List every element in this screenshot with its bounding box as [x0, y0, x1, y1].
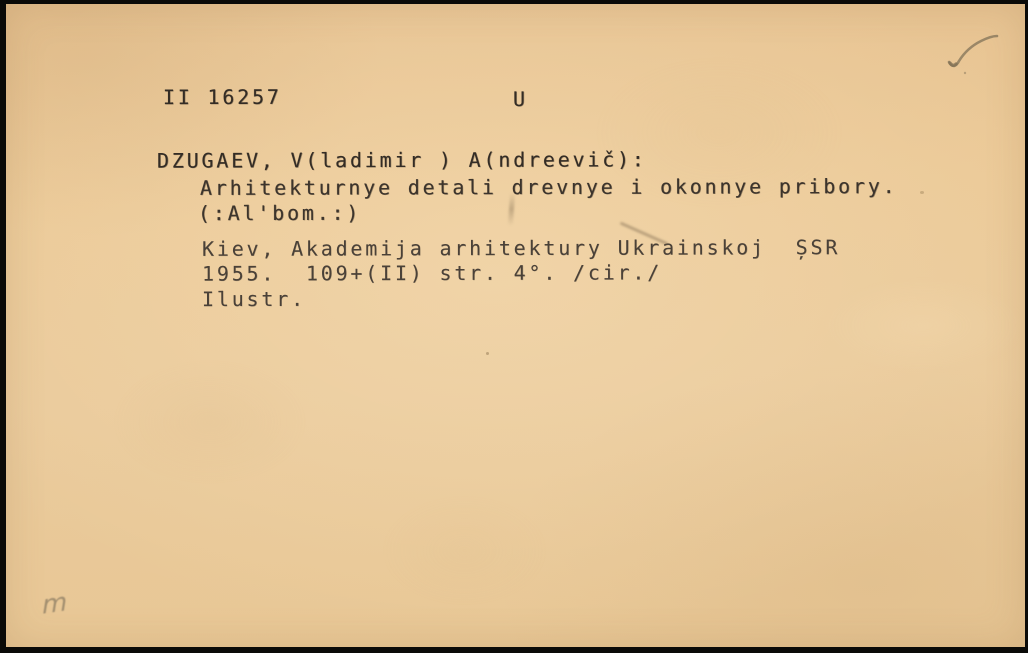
imprint-collation: 1955. 109+(II) str. 4°. /cir./ — [202, 262, 662, 283]
ink-smudge — [508, 192, 515, 226]
call-number: II 16257 — [163, 87, 282, 107]
title-line: Arhitekturnye detali drevnye i okonnye p… — [200, 176, 898, 198]
imprint-illustr: Ilustr. — [202, 289, 306, 309]
paper-speck — [486, 352, 489, 355]
pencil-letter-mark: m — [42, 587, 68, 621]
subtitle-line: (:Al'bom.:) — [198, 203, 361, 223]
pencil-checkmark-icon — [941, 32, 1005, 76]
letter-mark: U — [513, 89, 528, 109]
imprint-publisher: Kiev, Akademija arhitektury Ukrainskoj Ș… — [202, 237, 840, 259]
catalog-card: II 16257 U DZUGAEV, V(ladimir ) A(ndreev… — [6, 4, 1025, 647]
paper-speck — [920, 191, 924, 194]
author-heading: DZUGAEV, V(ladimir ) A(ndreevič): — [157, 149, 647, 170]
